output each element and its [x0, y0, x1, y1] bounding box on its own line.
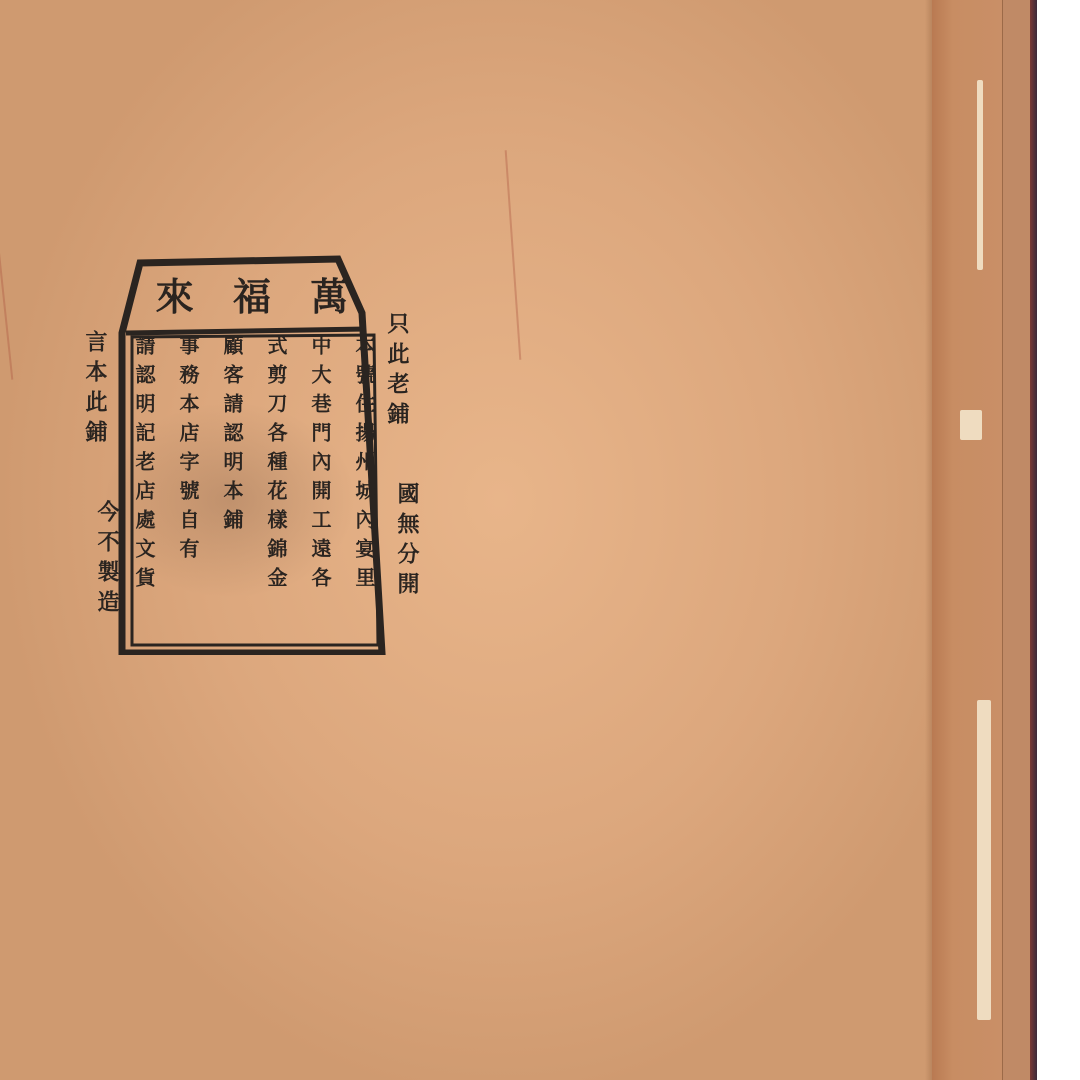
- text-column: 事務本店字號自有: [178, 335, 198, 645]
- text-column: 顧客請認明本鋪: [222, 335, 242, 645]
- box-rim: [1030, 0, 1037, 1080]
- wood-chip: [960, 410, 982, 440]
- header-char: 福: [233, 266, 271, 321]
- label-body: 本號住揚州城內宴里 中大巷門內開工遠各 式剪刀各種花樣錦金 顧客請認明本鋪 事務…: [134, 335, 374, 645]
- text-column: 本號住揚州城內宴里: [354, 335, 374, 645]
- text-column: 請認明記老店處文貨: [134, 335, 154, 645]
- label-header: 萬 福 來: [136, 263, 368, 323]
- wood-chip: [977, 80, 983, 270]
- header-char: 萬: [310, 266, 348, 321]
- paper-crease: [505, 150, 522, 360]
- text-column: 中大巷門內開工遠各: [310, 335, 330, 645]
- text-column: 式剪刀各種花樣錦金: [266, 335, 286, 645]
- left-side-text: 言本此鋪: [80, 330, 111, 450]
- right-side-text: 只此老鋪: [382, 312, 413, 432]
- right-side-text: 國無分開: [392, 482, 423, 602]
- wood-chip: [977, 700, 991, 1020]
- printed-label: 萬 福 來 本號住揚州城內宴里 中大巷門內開工遠各 式剪刀各種花樣錦金 顧客請認…: [116, 253, 388, 655]
- left-side-text: 今不製造: [92, 500, 123, 620]
- paper-crease: [0, 240, 13, 379]
- header-char: 來: [156, 266, 194, 321]
- box-wall: [932, 0, 1002, 1080]
